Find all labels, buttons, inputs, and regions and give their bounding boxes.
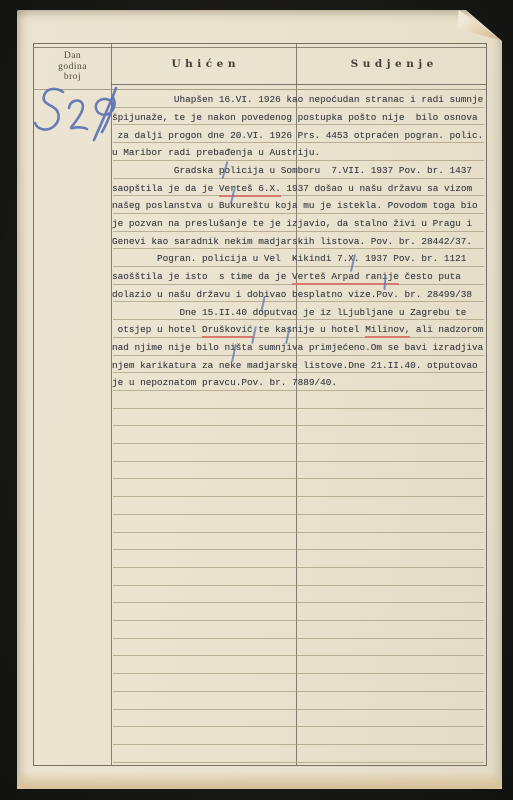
ruled-line	[113, 744, 484, 745]
ruled-line	[113, 532, 484, 533]
record-table: Dan godina broj Uhićen Sudjenje Uhapšen …	[33, 43, 487, 766]
ruled-line	[113, 514, 484, 515]
typed-line: Dne 15.II.40 doputvao je iz lLjubljane u…	[112, 302, 490, 320]
ruled-line	[113, 709, 484, 710]
corner-header-line3: broj	[34, 72, 111, 83]
typed-line: špijunaže, te je nakon povedenog postupk…	[112, 107, 490, 125]
ruled-line	[113, 638, 484, 639]
typed-line: za dalji progon dne 20.VI. 1926 Prs. 445…	[112, 125, 490, 143]
ruled-line	[113, 585, 484, 586]
corner-header-line2: godina	[34, 62, 111, 73]
typed-line: Uhapšen 16.VI. 1926 kao nepoćudan strana…	[112, 89, 490, 107]
ruled-line	[113, 673, 484, 674]
ruled-line	[113, 691, 484, 692]
ruled-line	[113, 496, 484, 497]
ruled-line	[113, 461, 484, 462]
ruled-line	[113, 390, 484, 391]
document-page: Dan godina broj Uhićen Sudjenje Uhapšen …	[17, 10, 502, 789]
ruled-line	[113, 443, 484, 444]
ruled-line	[113, 602, 484, 603]
ruled-line	[113, 567, 484, 568]
typed-line: saopštila je da je Verteš 6.X. 1937 doša…	[112, 178, 490, 196]
ruled-line	[113, 762, 484, 763]
ruled-line	[113, 425, 484, 426]
photo-background: Dan godina broj Uhićen Sudjenje Uhapšen …	[0, 0, 513, 800]
ruled-line	[113, 408, 484, 409]
typed-line: saošštila je isto s time da je Verteš Ar…	[112, 266, 490, 284]
handwritten-number	[30, 82, 135, 150]
ruled-line	[113, 620, 484, 621]
typed-line: Pogran. policija u Vel Kikindi 7.X. 1937…	[112, 248, 490, 266]
typed-line: je u nepoznatom pravcu.Pov. br. 7889/40.	[112, 372, 490, 390]
ruled-line	[113, 655, 484, 656]
typed-text: Uhapšen 16.VI. 1926 kao nepoćudan strana…	[112, 89, 490, 390]
typed-line: njem karikatura za neke madjarske listov…	[112, 355, 490, 373]
column-header-sudjenje: Sudjenje	[296, 44, 488, 84]
typed-line: Gradska policija u Somboru 7.VII. 1937 P…	[112, 160, 490, 178]
corner-header: Dan godina broj	[34, 51, 111, 83]
ruled-line	[113, 549, 484, 550]
ruled-line	[113, 478, 484, 479]
typed-line: našeg poslanstva u Bukureštu koja mu je …	[112, 195, 490, 213]
typed-line: otsjep u hotel Drušković te kasnije u ho…	[112, 319, 490, 337]
typed-line: u Maribor radi prebađenja u Austriju.	[112, 142, 490, 160]
corner-fold	[457, 10, 502, 42]
ruled-line	[113, 726, 484, 727]
typed-line: nad njime nije bilo ništa sumnjiva primj…	[112, 337, 490, 355]
typed-line: je pozvan na preslušanje te je izjavio, …	[112, 213, 490, 231]
typed-line: Genevi kao saradnik nekim madjarskih lis…	[112, 231, 490, 249]
typed-line: dolazio u našu državu i dobivao besplatn…	[112, 284, 490, 302]
column-header-uhicen: Uhićen	[111, 44, 296, 84]
corner-header-line1: Dan	[34, 51, 111, 62]
